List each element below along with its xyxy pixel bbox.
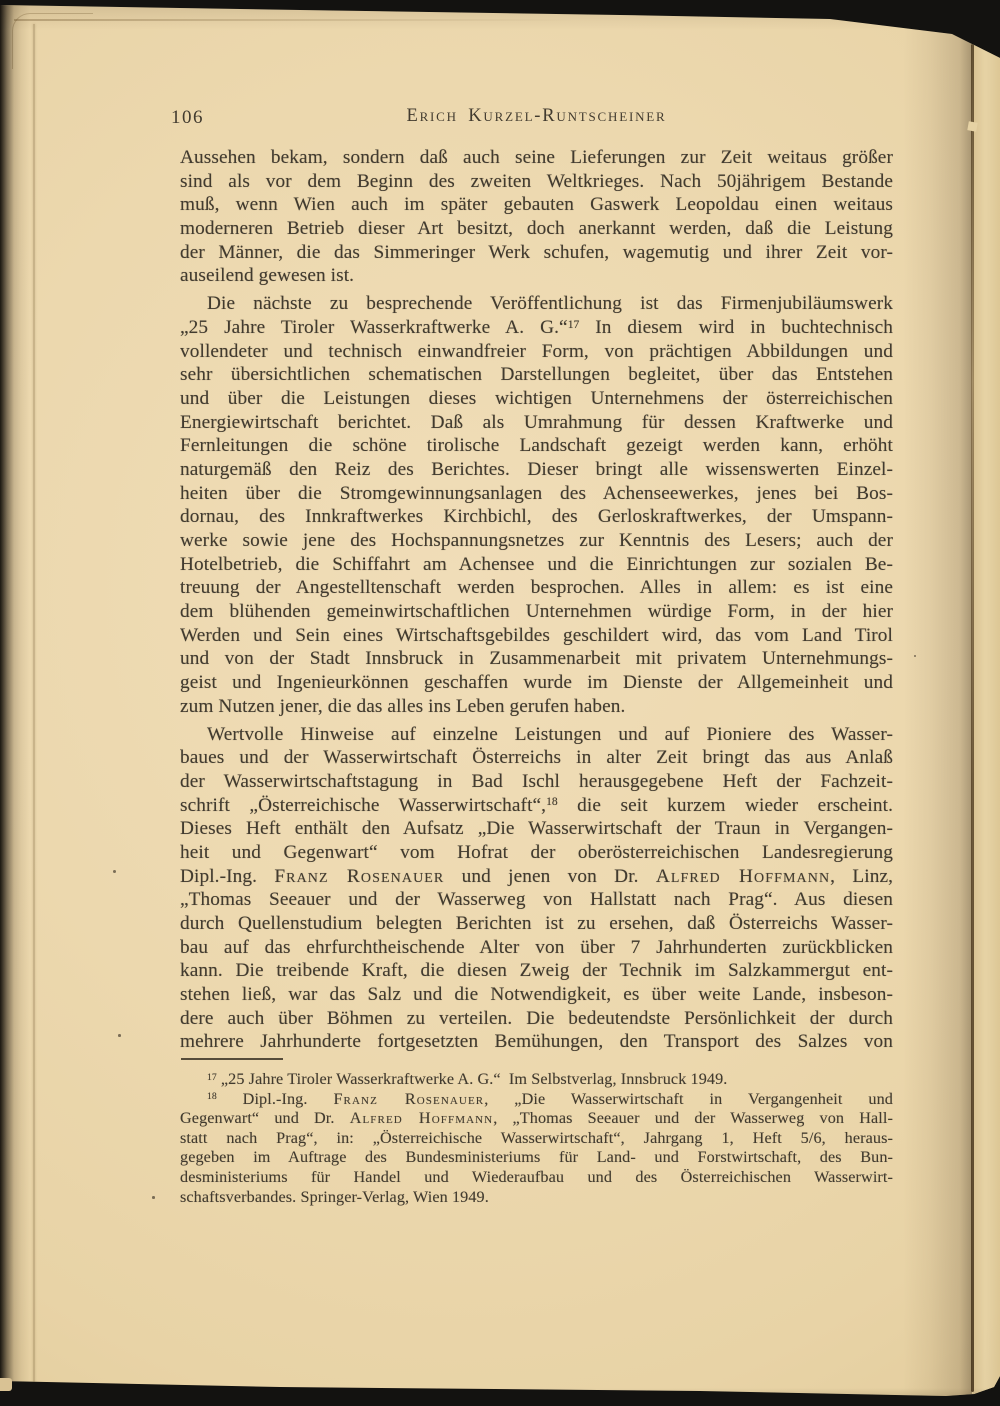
text-run: naturgemäß den Reiz des Berichtes. Diese… — [180, 459, 893, 480]
text-line: Gegenwart“ und Dr. Alfred Hoffmann, „Tho… — [180, 1109, 893, 1129]
text-run: treuung der Angestelltenschaft werden be… — [180, 577, 893, 598]
text-line: 17 „25 Jahre Tiroler Wasserkraftwerke A.… — [180, 1070, 893, 1090]
text-run: zum Nutzen jener, die das alles ins Lebe… — [180, 696, 625, 717]
text-line: Werden und Sein eines Wirtschaftsgebilde… — [180, 624, 893, 648]
text-run: der Männer, die das Simmeringer Werk sch… — [180, 242, 893, 263]
text-line: gegeben im Auftrage des Bundesministeriu… — [180, 1148, 893, 1168]
text-line: werke sowie jene des Hochspannungsnetzes… — [180, 529, 893, 553]
text-run: durch Quellenstudium belegten Berichten … — [180, 913, 893, 934]
text-run: Wertvolle Hinweise auf einzelne Leistung… — [207, 724, 893, 745]
page-bottom-tab — [0, 1378, 12, 1391]
text-line: schrift „Österreichische Wasserwirtschaf… — [180, 794, 893, 818]
text-line: Fernleitungen die schöne tirolische Land… — [180, 434, 893, 458]
footnote-marker: 18 — [207, 1091, 217, 1102]
text-line: zum Nutzen jener, die das alles ins Lebe… — [180, 695, 893, 719]
text-run: auseilend gewesen ist. — [180, 265, 354, 286]
text-run: statt nach Prag“, in: „Österreichische W… — [180, 1129, 893, 1147]
text-run: Dipl.-Ing. — [180, 866, 274, 887]
text-run: sind als vor dem Beginn des zweiten Welt… — [180, 171, 893, 192]
text-run: und über die Leistungen dieses wichtigen… — [180, 388, 893, 409]
text-run: geist und Ingenieurkönnen geschaffen wur… — [180, 672, 893, 693]
text-line: „Thomas Seeauer und der Wasserweg von Ha… — [180, 888, 893, 912]
footnote-separator-rule — [181, 1058, 283, 1060]
dust-speck — [113, 870, 116, 873]
text-run: und jenen von Dr. — [444, 866, 655, 887]
text-line: moderneren Betrieb dieser Art besitzt, d… — [180, 217, 893, 241]
text-run: stehen ließ, war das Salz und die Notwen… — [180, 984, 893, 1005]
text-run: der Wasserwirtschaftstagung in Bad Ischl… — [180, 771, 893, 792]
text-run: muß, wenn Wien auch im später gebauten G… — [180, 194, 893, 215]
small-caps-name: Alfred Hoffmann — [350, 1109, 494, 1127]
text-run: In diesem wird in buchtechnisch — [579, 317, 893, 338]
text-line: durch Quellenstudium belegten Berichten … — [180, 912, 893, 936]
footnote-marker: 17 — [568, 318, 580, 331]
text-line: und von der Stadt Innsbruck in Zusammena… — [180, 647, 893, 671]
text-run: heiten über die Stromgewinnungsanlagen d… — [180, 483, 893, 504]
text-run: , „Thomas Seeauer und der Wasserweg von … — [493, 1109, 893, 1127]
text-line: und über die Leistungen dieses wichtigen… — [180, 387, 893, 411]
text-line: mehrere Jahrhunderte fortgesetzten Bemüh… — [180, 1030, 893, 1054]
text-line: Dipl.-Ing. Franz Rosenauer und jenen von… — [180, 865, 893, 889]
text-run: dornau, des Innkraftwerkes Kirchbichl, d… — [180, 506, 893, 527]
dust-speck — [118, 1034, 121, 1037]
small-caps-name: Alfred Hoffmann — [656, 866, 830, 887]
text-run: , „Die Wasserwirtschaft in Vergangenheit… — [484, 1090, 893, 1108]
text-line: der Wasserwirtschaftstagung in Bad Ischl… — [180, 770, 893, 794]
text-run: die seit kurzem wieder erscheint. — [558, 795, 893, 816]
text-run: moderneren Betrieb dieser Art besitzt, d… — [180, 218, 893, 239]
text-line: desministeriums für Handel und Wiederauf… — [180, 1168, 893, 1188]
body-paragraph: Wertvolle Hinweise auf einzelne Leistung… — [180, 723, 893, 1055]
text-run: schrift „Österreichische Wasserwirtschaf… — [180, 795, 546, 816]
dust-speck — [152, 1196, 155, 1199]
text-run: kann. Die treibende Kraft, die diesen Zw… — [180, 960, 893, 981]
text-run: Fernleitungen die schöne tirolische Land… — [180, 435, 893, 456]
text-line: treuung der Angestelltenschaft werden be… — [180, 576, 893, 600]
text-run: und von der Stadt Innsbruck in Zusammena… — [180, 648, 893, 669]
text-run: bau auf das ehrfurchtheischende Alter vo… — [180, 937, 893, 958]
text-run: Aussehen bekam, sondern daß auch seine L… — [180, 147, 893, 168]
text-run: mehrere Jahrhunderte fortgesetzten Bemüh… — [180, 1031, 893, 1052]
text-line: bau auf das ehrfurchtheischende Alter vo… — [180, 936, 893, 960]
text-run: Hotelbetrieb, die Schiffahrt am Achensee… — [180, 554, 893, 575]
text-run: Dipl.-Ing. — [217, 1090, 334, 1108]
text-line: Die nächste zu besprechende Veröffentlic… — [180, 292, 893, 316]
text-line: 18 Dipl.-Ing. Franz Rosenauer, „Die Wass… — [180, 1090, 893, 1110]
text-line: muß, wenn Wien auch im später gebauten G… — [180, 193, 893, 217]
footnote-marker: 18 — [546, 795, 558, 808]
text-line: kann. Die treibende Kraft, die diesen Zw… — [180, 959, 893, 983]
text-line: baues und der Wasserwirtschaft Österreic… — [180, 746, 893, 770]
text-run: dere auch über Böhmen zu verteilen. Die … — [180, 1008, 893, 1029]
text-run: schaftsverbandes. Springer-Verlag, Wien … — [180, 1188, 489, 1206]
text-run: Dieses Heft enthält den Aufsatz „Die Was… — [180, 818, 893, 839]
footnote: 18 Dipl.-Ing. Franz Rosenauer, „Die Wass… — [180, 1090, 893, 1208]
text-line: heiten über die Stromgewinnungsanlagen d… — [180, 482, 893, 506]
body-paragraph: Aussehen bekam, sondern daß auch seine L… — [180, 146, 893, 288]
text-line: der Männer, die das Simmeringer Werk sch… — [180, 241, 893, 265]
text-line: sehr übersichtlichen schematischen Darst… — [180, 363, 893, 387]
text-line: dere auch über Böhmen zu verteilen. Die … — [180, 1007, 893, 1031]
text-run: heit und Gegenwart“ vom Hofrat der oberö… — [180, 842, 893, 863]
text-line: heit und Gegenwart“ vom Hofrat der oberö… — [180, 841, 893, 865]
text-run: sehr übersichtlichen schematischen Darst… — [180, 364, 893, 385]
text-run: Energiewirtschaft berichtet. Daß als Umr… — [180, 412, 893, 433]
text-run: gegeben im Auftrage des Bundesministeriu… — [180, 1148, 893, 1166]
text-run: werke sowie jene des Hochspannungsnetzes… — [180, 530, 893, 551]
text-run: Werden und Sein eines Wirtschaftsgebilde… — [180, 625, 893, 646]
text-line: vollendeter und technisch einwandfreier … — [180, 340, 893, 364]
running-header: Erich Kurzel-Runtscheiner — [180, 106, 893, 127]
paper-sheet: 106 Erich Kurzel-Runtscheiner Aussehen b… — [0, 0, 1000, 1406]
scanned-book-page: 106 Erich Kurzel-Runtscheiner Aussehen b… — [0, 0, 1000, 1406]
text-run: „25 Jahre Tiroler Wasserkraftwerke A. G.… — [217, 1070, 728, 1088]
text-line: schaftsverbandes. Springer-Verlag, Wien … — [180, 1188, 893, 1208]
text-line: naturgemäß den Reiz des Berichtes. Diese… — [180, 458, 893, 482]
footnote: 17 „25 Jahre Tiroler Wasserkraftwerke A.… — [180, 1070, 893, 1090]
text-line: Wertvolle Hinweise auf einzelne Leistung… — [180, 723, 893, 747]
text-run: dem blühenden gemeinwirtschaftlichen Unt… — [180, 601, 893, 622]
text-line: dem blühenden gemeinwirtschaftlichen Unt… — [180, 600, 893, 624]
text-line: statt nach Prag“, in: „Österreichische W… — [180, 1129, 893, 1149]
text-line: Aussehen bekam, sondern daß auch seine L… — [180, 146, 893, 170]
text-line: Dieses Heft enthält den Aufsatz „Die Was… — [180, 817, 893, 841]
text-line: „25 Jahre Tiroler Wasserkraftwerke A. G.… — [180, 316, 893, 340]
text-run: baues und der Wasserwirtschaft Österreic… — [180, 747, 893, 768]
text-run: „Thomas Seeauer und der Wasserweg von Ha… — [180, 889, 893, 910]
text-line: geist und Ingenieurkönnen geschaffen wur… — [180, 671, 893, 695]
text-line: auseilend gewesen ist. — [180, 264, 893, 288]
text-run: Gegenwart“ und Dr. — [180, 1109, 350, 1127]
text-line: sind als vor dem Beginn des zweiten Welt… — [180, 170, 893, 194]
footnotes: 17 „25 Jahre Tiroler Wasserkraftwerke A.… — [180, 1070, 893, 1207]
text-line: stehen ließ, war das Salz und die Notwen… — [180, 983, 893, 1007]
text-run: vollendeter und technisch einwandfreier … — [180, 341, 893, 362]
small-caps-name: Franz Rosenauer — [333, 1090, 484, 1108]
small-caps-name: Franz Rosenauer — [274, 866, 444, 887]
text-run: „25 Jahre Tiroler Wasserkraftwerke A. G.… — [180, 317, 568, 338]
text-run: , Linz, — [830, 866, 893, 887]
text-run: desministeriums für Handel und Wiederauf… — [180, 1168, 893, 1186]
page-body: Aussehen bekam, sondern daß auch seine L… — [180, 146, 893, 1054]
body-paragraph: Die nächste zu besprechende Veröffentlic… — [180, 292, 893, 718]
text-line: Energiewirtschaft berichtet. Daß als Umr… — [180, 411, 893, 435]
footnote-marker: 17 — [207, 1072, 217, 1083]
text-line: dornau, des Innkraftwerkes Kirchbichl, d… — [180, 505, 893, 529]
dust-speck — [914, 655, 916, 657]
text-run: Die nächste zu besprechende Veröffentlic… — [207, 293, 893, 314]
text-line: Hotelbetrieb, die Schiffahrt am Achensee… — [180, 553, 893, 577]
